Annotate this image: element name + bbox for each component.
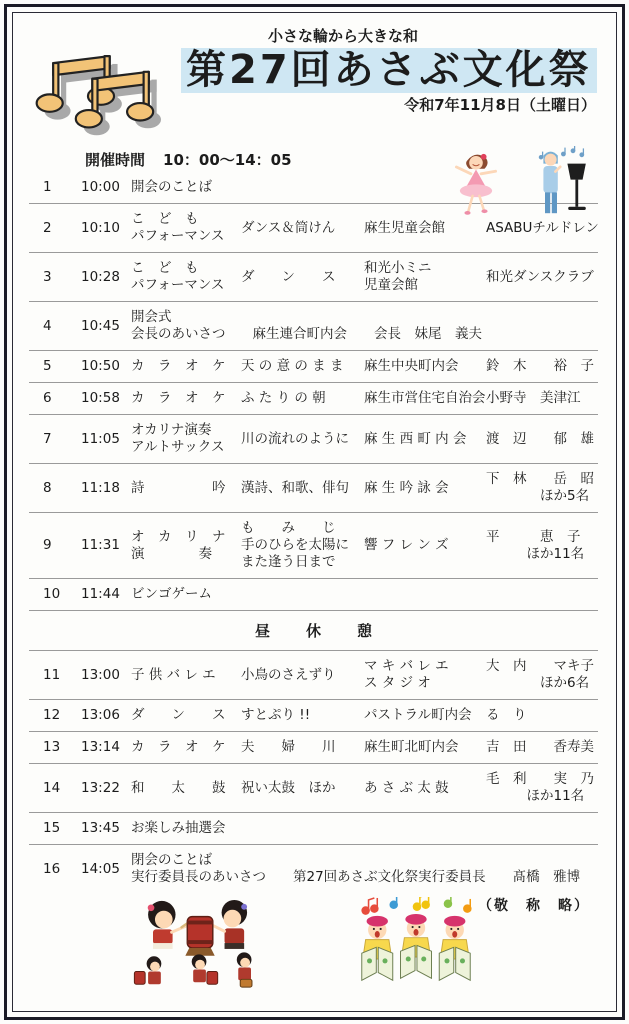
row-program: 閉会のことば 実行委員長のあいさつ 第27回あさぶ文化祭実行委員長 髙橋 雅博: [131, 852, 241, 886]
honorific-note: （敬 称 略）: [478, 895, 590, 915]
row-no: 5: [43, 358, 81, 375]
schedule-row: 15 13:45 お楽しみ抽選会: [23, 813, 600, 844]
row-performer: 鈴 木 裕 子: [486, 358, 600, 375]
row-group: 和光小ミニ 児童会館: [364, 260, 486, 294]
row-time: 10:50: [81, 358, 131, 375]
row-time: 11:31: [81, 537, 131, 554]
opening-hours-label: 開催時間: [85, 151, 145, 169]
schedule-row: 7 11:05 オカリナ演奏 アルトサックス 川の流れのように 麻 生 西 町 …: [23, 415, 600, 463]
row-group: 麻 生 吟 詠 会: [364, 480, 486, 497]
schedule-row: 8 11:18 詩 吟 漢詩、和歌、俳句 麻 生 吟 詠 会 下 林 岳 昭 ほ…: [23, 464, 600, 512]
row-program: 和 太 鼓: [131, 780, 241, 797]
catchphrase: 小さな輪から大きな和: [193, 25, 493, 46]
row-title: も み じ 手のひらを太陽に また逢う日まで: [241, 520, 364, 571]
row-no: 12: [43, 707, 81, 724]
row-no: 9: [43, 537, 81, 554]
row-no: 1: [43, 179, 81, 196]
row-performer: 下 林 岳 昭 ほか5名: [486, 471, 600, 505]
row-title: ダンス＆筒けん: [241, 220, 364, 237]
row-time: 10:45: [81, 318, 131, 335]
ballerina-illustration-icon: [450, 150, 502, 218]
schedule-row: 14 13:22 和 太 鼓 祝い太鼓 ほか あ さ ぶ 太 鼓 毛 利 実 乃…: [23, 764, 600, 812]
schedule-row: 4 10:45 開会式 会長のあいさつ 麻生連合町内会 会長 妹尾 義夫: [23, 302, 600, 350]
row-time: 10:28: [81, 269, 131, 286]
row-group: 響 フ レ ン ズ: [364, 537, 486, 554]
row-program: ダ ン ス: [131, 707, 241, 724]
schedule-row: 16 14:05 閉会のことば 実行委員長のあいさつ 第27回あさぶ文化祭実行委…: [23, 845, 600, 893]
karaoke-singer-illustration-icon: [530, 146, 592, 218]
row-program: オカリナ演奏 アルトサックス: [131, 422, 241, 456]
row-performer: 吉 田 香寿美: [486, 739, 600, 756]
row-time: 11:44: [81, 586, 131, 603]
row-title: 天 の 意 の ま ま: [241, 358, 364, 375]
row-title: ふ た り の 朝: [241, 390, 364, 407]
row-time: 13:06: [81, 707, 131, 724]
top-illustrations: [450, 146, 592, 218]
row-group: あ さ ぶ 太 鼓: [364, 780, 486, 797]
row-program: オ カ リ ナ 演 奏: [131, 529, 241, 563]
row-time: 13:22: [81, 780, 131, 797]
row-performer: 小野寺 美津江: [486, 390, 600, 407]
row-performer: 大 内 マキ子 ほか6名: [486, 658, 600, 692]
row-performer: 和光ダンスクラブ: [486, 269, 600, 286]
row-program: 詩 吟: [131, 480, 241, 497]
row-time: 11:18: [81, 480, 131, 497]
row-performer: る り: [486, 707, 600, 724]
row-program: カ ラ オ ケ: [131, 390, 241, 407]
row-program: こ ど も パフォーマンス: [131, 211, 241, 245]
row-no: 13: [43, 739, 81, 756]
row-time: 13:14: [81, 739, 131, 756]
row-program: ビンゴゲーム: [131, 586, 241, 603]
row-time: 13:00: [81, 667, 131, 684]
footer: （敬 称 略）: [23, 893, 606, 995]
row-no: 10: [43, 586, 81, 603]
row-no: 16: [43, 861, 81, 878]
row-no: 14: [43, 780, 81, 797]
row-title: 夫 婦 川: [241, 739, 364, 756]
row-time: 10:58: [81, 390, 131, 407]
row-program: 子 供 バ レ エ: [131, 667, 241, 684]
row-group: 麻生児童会館: [364, 220, 486, 237]
row-program: 開会のことば: [131, 179, 241, 196]
schedule-row: 11 13:00 子 供 バ レ エ 小鳥のさえずり マ キ バ レ エ ス タ…: [23, 651, 600, 699]
row-no: 4: [43, 318, 81, 335]
program-page: 小さな輪から大きな和 第27回あさぶ文化祭 令和7年11月8日（土曜日） 開催時…: [23, 21, 606, 1005]
page-title-text: 第27回あさぶ文化祭: [181, 48, 597, 93]
row-no: 11: [43, 667, 81, 684]
row-no: 7: [43, 431, 81, 448]
row-group: 麻生市営住宅自治会: [364, 390, 486, 407]
row-performer: ASABUチルドレン: [486, 220, 600, 237]
schedule-row: 9 11:31 オ カ リ ナ 演 奏 も み じ 手のひらを太陽に また逢う日…: [23, 513, 600, 578]
row-program: お楽しみ抽選会: [131, 820, 241, 837]
row-performer: 毛 利 実 乃 ほか11名: [486, 771, 600, 805]
row-title: 小鳥のさえずり: [241, 667, 364, 684]
row-group: 麻生中央町内会: [364, 358, 486, 375]
row-title: 祝い太鼓 ほか: [241, 780, 364, 797]
row-time: 13:45: [81, 820, 131, 837]
taiko-drummers-illustration-icon: [123, 897, 281, 995]
row-time: 11:05: [81, 431, 131, 448]
header: 小さな輪から大きな和 第27回あさぶ文化祭 令和7年11月8日（土曜日）: [23, 25, 606, 141]
row-performer: 平 恵 子 ほか11名: [486, 529, 600, 563]
schedule-row: 10 11:44 ビンゴゲーム: [23, 579, 600, 610]
schedule-row: 5 10:50 カ ラ オ ケ 天 の 意 の ま ま 麻生中央町内会 鈴 木 …: [23, 351, 600, 382]
row-group: マ キ バ レ エ ス タ ジ オ: [364, 658, 486, 692]
row-time: 10:00: [81, 179, 131, 196]
schedule-row: 6 10:58 カ ラ オ ケ ふ た り の 朝 麻生市営住宅自治会 小野寺 …: [23, 383, 600, 414]
row-no: 8: [43, 480, 81, 497]
schedule-rows: 1 10:00 開会のことば 2 10:10 こ ど も パフォーマンス ダンス…: [23, 172, 606, 893]
row-no: 2: [43, 220, 81, 237]
row-title: すとぷり !!: [241, 707, 364, 724]
eighth-notes-logo-icon: [25, 37, 177, 137]
row-program: カ ラ オ ケ: [131, 358, 241, 375]
row-time: 10:10: [81, 220, 131, 237]
document-frame-inner: 小さな輪から大きな和 第27回あさぶ文化祭 令和7年11月8日（土曜日） 開催時…: [12, 12, 617, 1012]
row-title: 川の流れのように: [241, 431, 364, 448]
row-group: 麻 生 西 町 内 会: [364, 431, 486, 448]
lunch-break-row: 昼 休 憩: [23, 611, 606, 650]
row-group: 麻生町北町内会: [364, 739, 486, 756]
row-no: 3: [43, 269, 81, 286]
row-group: パストラル町内会: [364, 707, 486, 724]
schedule-table: 1 10:00 開会のことば 2 10:10 こ ど も パフォーマンス ダンス…: [23, 172, 606, 893]
page-title: 第27回あさぶ文化祭: [181, 48, 606, 93]
row-program: こ ど も パフォーマンス: [131, 260, 241, 294]
choir-illustration-icon: [341, 897, 491, 989]
schedule-row: 3 10:28 こ ど も パフォーマンス ダ ン ス 和光小ミニ 児童会館 和…: [23, 253, 600, 301]
row-program: カ ラ オ ケ: [131, 739, 241, 756]
row-time: 14:05: [81, 861, 131, 878]
row-performer: 渡 辺 郁 雄: [486, 431, 600, 448]
row-no: 6: [43, 390, 81, 407]
row-no: 15: [43, 820, 81, 837]
row-title: 漢詩、和歌、俳句: [241, 480, 364, 497]
row-title: ダ ン ス: [241, 269, 364, 286]
schedule-row: 12 13:06 ダ ン ス すとぷり !! パストラル町内会 る り: [23, 700, 600, 731]
break-label: 昼 休 憩: [255, 622, 374, 640]
opening-hours-value: 10：00～14：05: [163, 151, 292, 169]
document-frame: 小さな輪から大きな和 第27回あさぶ文化祭 令和7年11月8日（土曜日） 開催時…: [4, 4, 625, 1020]
schedule-row: 13 13:14 カ ラ オ ケ 夫 婦 川 麻生町北町内会 吉 田 香寿美: [23, 732, 600, 763]
row-program: 開会式 会長のあいさつ 麻生連合町内会 会長 妹尾 義夫: [131, 309, 241, 343]
